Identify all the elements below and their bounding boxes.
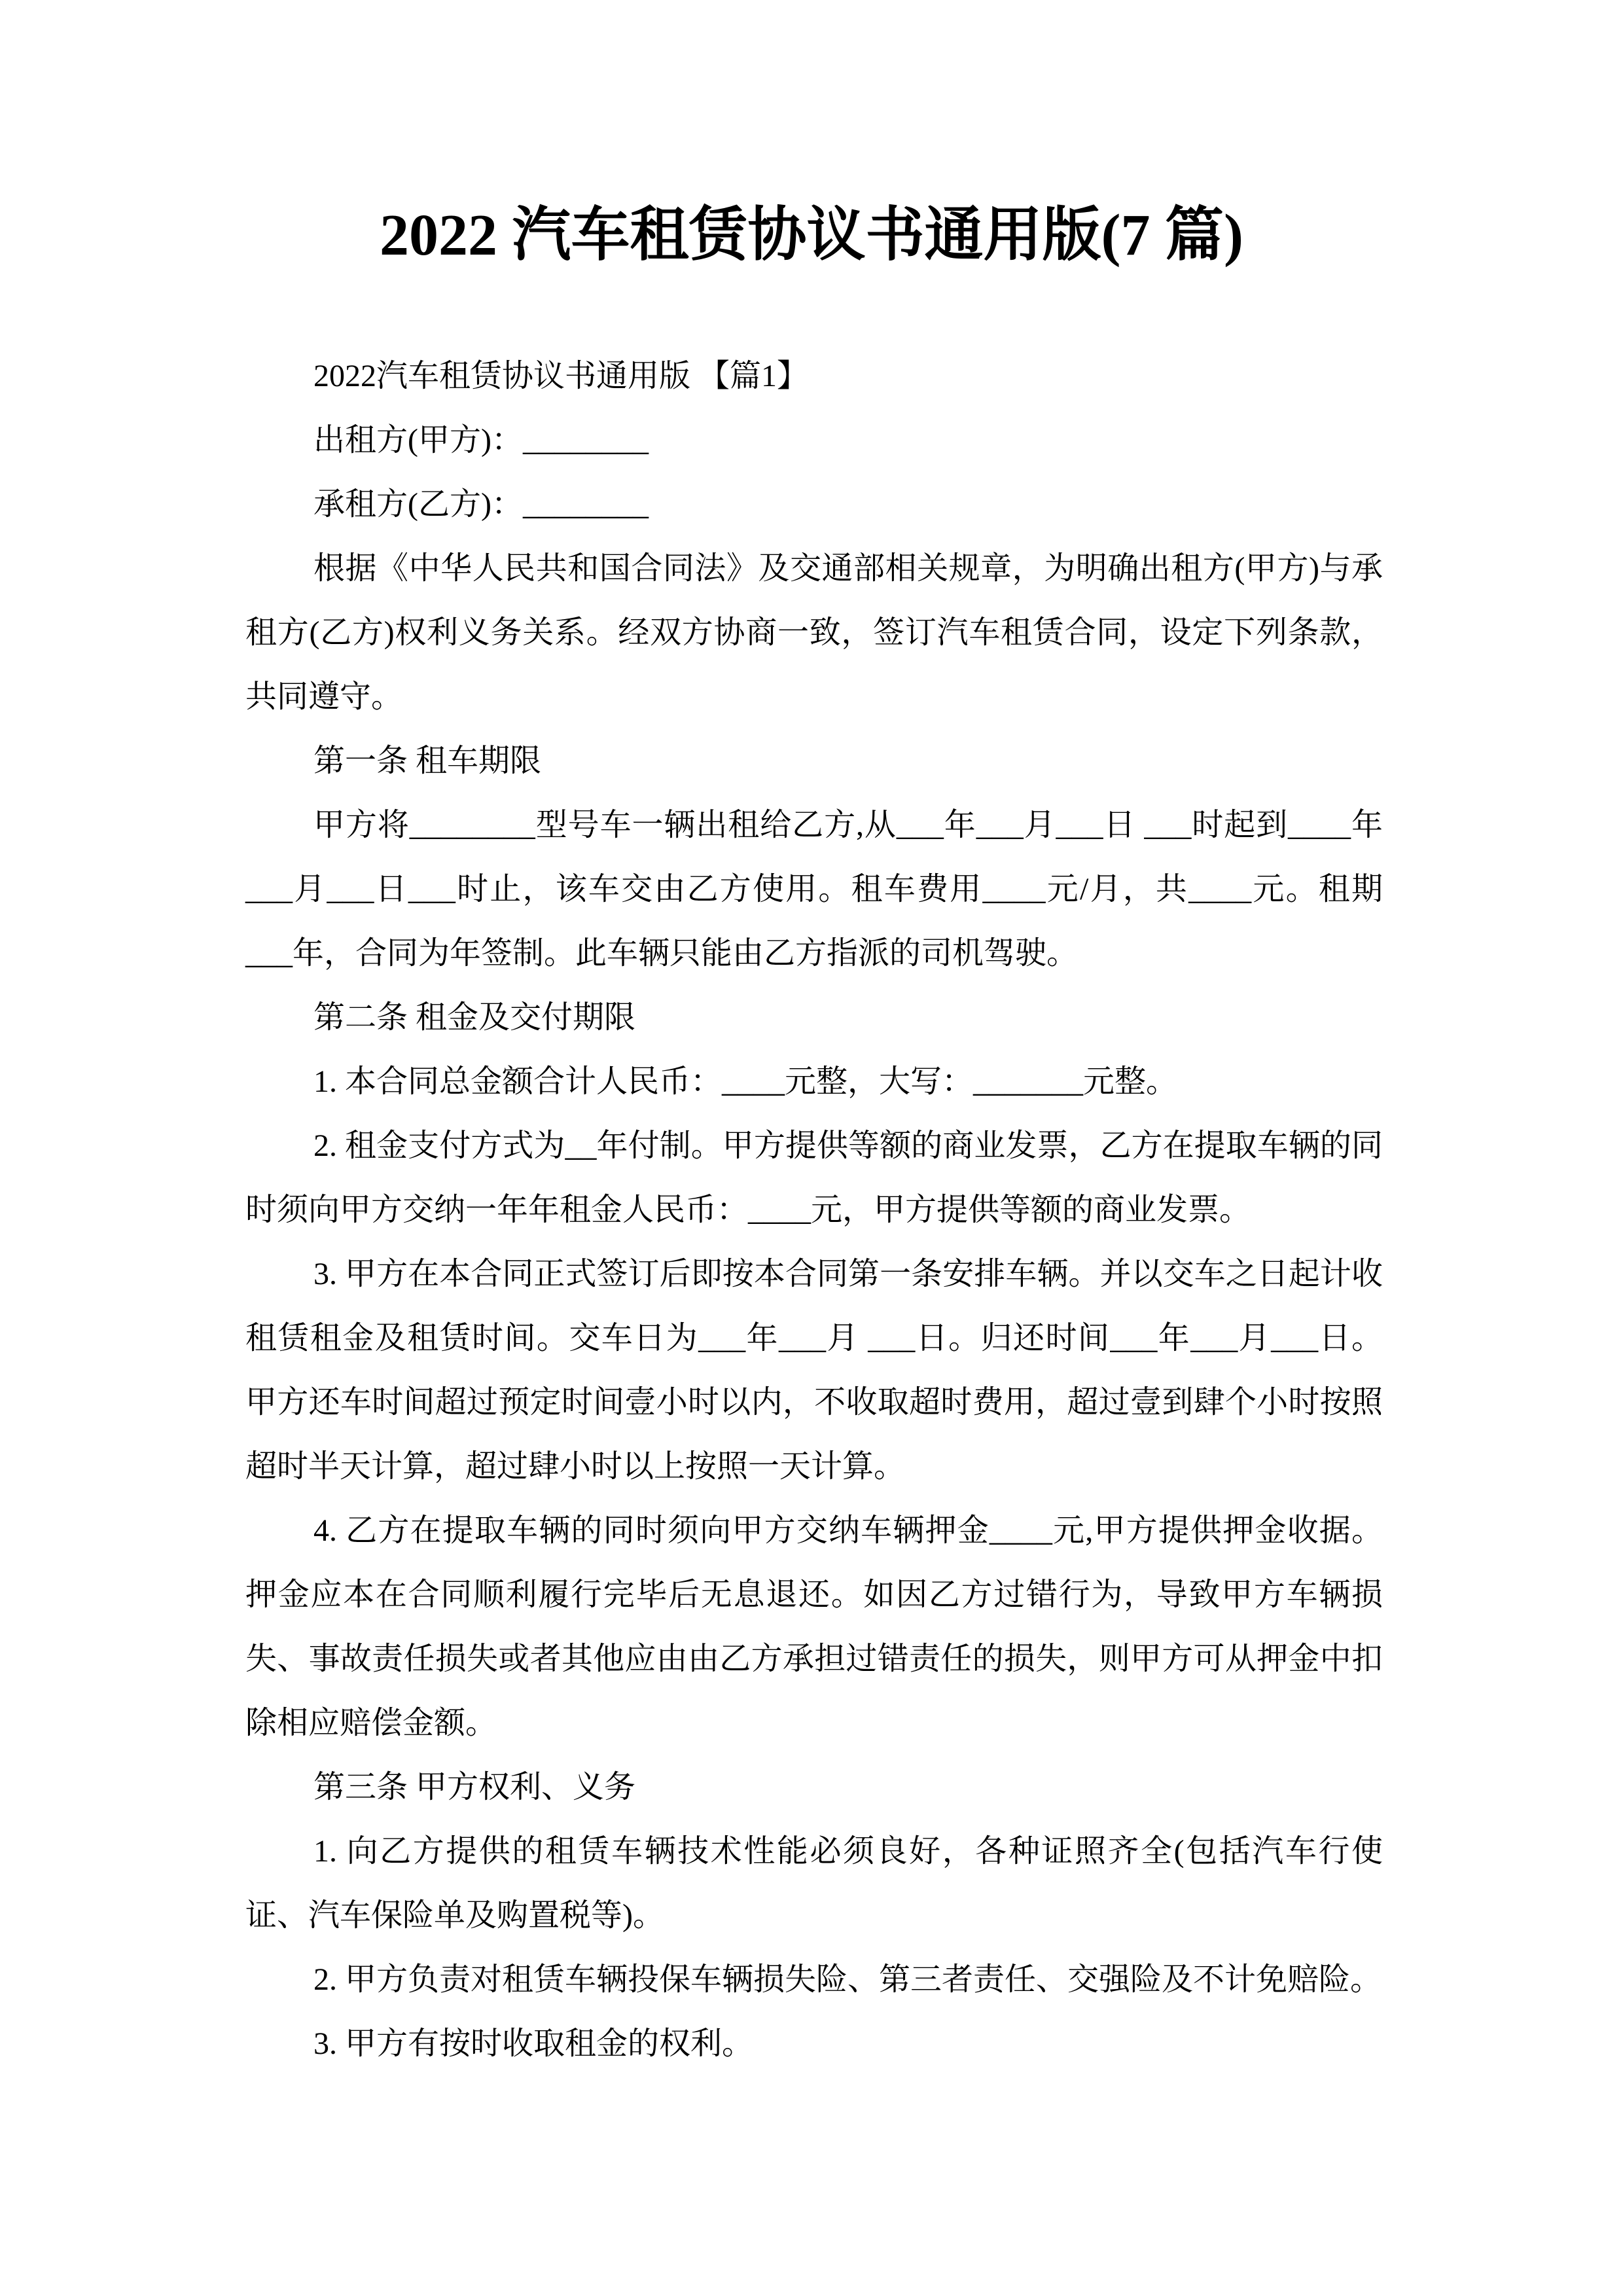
para-article-2-item-4: 4. 乙方在提取车辆的同时须向甲方交纳车辆押金____元,甲方提供押金收据。押金…	[245, 1499, 1383, 1755]
para-article-3-item-2: 2. 甲方负责对租赁车辆投保车辆损失险、第三者责任、交强险及不计免赔险。	[245, 1948, 1383, 2012]
para-article-2-item-1: 1. 本合同总金额合计人民币：____元整，大写：_______元整。	[245, 1050, 1383, 1114]
line-subtitle-pian-1: 2022汽车租赁协议书通用版 【篇1】	[245, 344, 1383, 408]
line-lessor-party-a: 出租方(甲方)：________	[245, 408, 1383, 473]
document-body: 2022汽车租赁协议书通用版 【篇1】 出租方(甲方)：________ 承租方…	[245, 344, 1383, 2076]
document-title: 2022 汽车租赁协议书通用版(7 篇)	[0, 0, 1623, 275]
para-article-2-item-3: 3. 甲方在本合同正式签订后即按本合同第一条安排车辆。并以交车之日起计收租赁租金…	[245, 1242, 1383, 1499]
para-article-2-item-2: 2. 租金支付方式为__年付制。甲方提供等额的商业发票，乙方在提取车辆的同时须向…	[245, 1114, 1383, 1242]
heading-article-2-rent-payment: 第二条 租金及交付期限	[245, 986, 1383, 1050]
para-article-3-item-3: 3. 甲方有按时收取租金的权利。	[245, 2012, 1383, 2076]
document-page: 2022 汽车租赁协议书通用版(7 篇) 2022汽车租赁协议书通用版 【篇1】…	[0, 0, 1623, 2296]
para-article-3-item-1: 1. 向乙方提供的租赁车辆技术性能必须良好，各种证照齐全(包括汽车行使证、汽车保…	[245, 1820, 1383, 1948]
heading-article-3-party-a-rights: 第三条 甲方权利、义务	[245, 1755, 1383, 1820]
line-lessee-party-b: 承租方(乙方)：________	[245, 473, 1383, 537]
heading-article-1-rental-term: 第一条 租车期限	[245, 729, 1383, 793]
para-article-1-body: 甲方将________型号车一辆出租给乙方,从___年___月___日 ___时…	[245, 793, 1383, 986]
para-preamble: 根据《中华人民共和国合同法》及交通部相关规章，为明确出租方(甲方)与承租方(乙方…	[245, 537, 1383, 729]
